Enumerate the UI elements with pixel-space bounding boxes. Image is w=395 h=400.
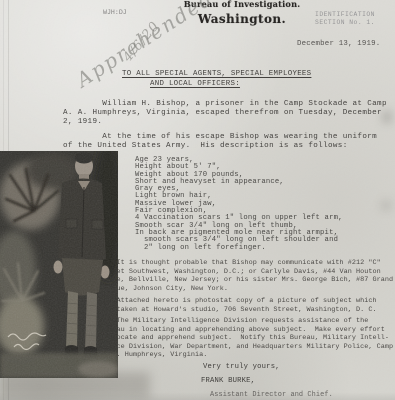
subject-photo xyxy=(0,151,118,378)
typist-initials: WJH:DJ xyxy=(103,9,127,16)
valediction: Very truly yours, xyxy=(203,363,280,371)
identification-section-line1: IDENTIFICATION xyxy=(300,11,390,18)
salutation-line2: AND LOCAL OFFICERS: xyxy=(150,80,240,88)
paragraph-uniform: At the time of his escape Bishop was wea… xyxy=(63,133,377,151)
paragraph-assistance-request: The Military Intelligence Division reque… xyxy=(100,317,393,360)
description-list: Age 23 years, Height about 5' 7", Weight… xyxy=(135,157,343,252)
signature-name: FRANK BURKE, xyxy=(201,377,255,385)
photo-grain xyxy=(0,151,118,378)
subject-photo-image xyxy=(0,151,118,378)
identification-section-line2: SECTION No. 1. xyxy=(300,19,390,26)
signature-title: Assistant Director and Chief. xyxy=(210,391,333,399)
letter-date: December 13, 1919. xyxy=(297,40,380,48)
stain-right-edge-2 xyxy=(383,202,389,209)
paragraph-photostat: Attached hereto is photostat copy of a p… xyxy=(100,297,377,314)
scanned-letter-page: WJH:DJ Bureau of Investigation. Washingt… xyxy=(0,0,395,400)
salutation-line1: TO ALL SPECIAL AGENTS, SPECIAL EMPLOYEES xyxy=(122,70,311,78)
paragraph-contacts: It is thought probable that Bishop may c… xyxy=(100,259,393,293)
paragraph-escape-notice: William H. Bishop, a prisoner in the Cam… xyxy=(63,100,387,128)
bottom-edge-shadow xyxy=(0,392,395,400)
